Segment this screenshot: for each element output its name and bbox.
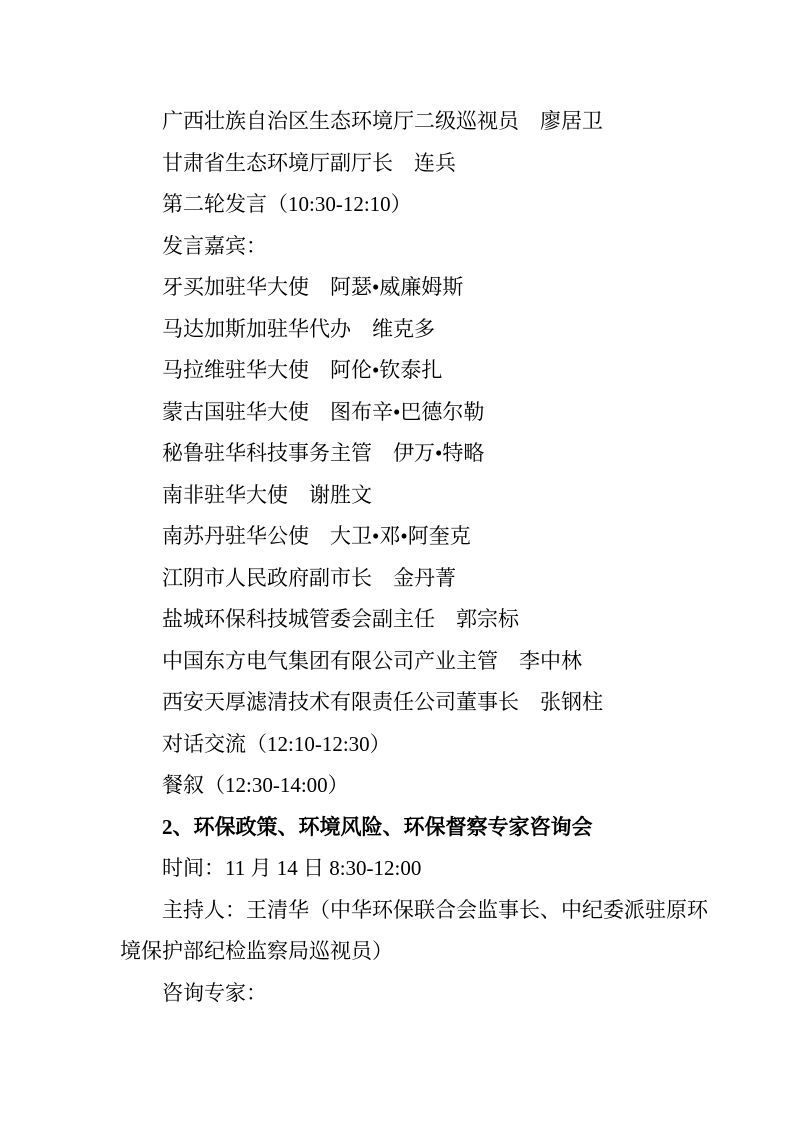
paragraph: 第二轮发言（10:30-12:10） xyxy=(120,184,712,226)
paragraph: 牙买加驻华大使 阿瑟•威廉姆斯 xyxy=(120,267,712,309)
paragraph: 南苏丹驻华公使 大卫•邓•阿奎克 xyxy=(120,516,712,558)
paragraph: 发言嘉宾： xyxy=(120,226,712,268)
paragraph: 对话交流（12:10-12:30） xyxy=(120,724,712,766)
paragraph: 中国东方电气集团有限公司产业主管 李中林 xyxy=(120,641,712,683)
paragraph: 咨询专家： xyxy=(120,973,712,1015)
paragraph: 蒙古国驻华大使 图布辛•巴德尔勒 xyxy=(120,392,712,434)
paragraph: 西安天厚滤清技术有限责任公司董事长 张钢柱 xyxy=(120,682,712,724)
paragraph: 马达加斯加驻华代办 维克多 xyxy=(120,309,712,351)
paragraph: 时间：11 月 14 日 8:30-12:00 xyxy=(120,848,712,890)
document-page: 广西壮族自治区生态环境厅二级巡视员 廖居卫甘肃省生态环境厅副厅长 连兵第二轮发言… xyxy=(0,0,794,1123)
paragraph: 江阴市人民政府副市长 金丹菁 xyxy=(120,558,712,600)
document-text-block: 广西壮族自治区生态环境厅二级巡视员 廖居卫甘肃省生态环境厅副厅长 连兵第二轮发言… xyxy=(120,101,712,1014)
paragraph: 广西壮族自治区生态环境厅二级巡视员 廖居卫 xyxy=(120,101,712,143)
paragraph: 餐叙（12:30-14:00） xyxy=(120,765,712,807)
paragraph: 南非驻华大使 谢胜文 xyxy=(120,475,712,517)
paragraph: 主持人：王清华（中华环保联合会监事长、中纪委派驻原环境保护部纪检监察局巡视员） xyxy=(120,890,712,973)
paragraph: 马拉维驻华大使 阿伦•钦泰扎 xyxy=(120,350,712,392)
section-heading: 2、环保政策、环境风险、环保督察专家咨询会 xyxy=(120,807,712,849)
paragraph: 甘肃省生态环境厅副厅长 连兵 xyxy=(120,143,712,185)
paragraph: 盐城环保科技城管委会副主任 郭宗标 xyxy=(120,599,712,641)
paragraph: 秘鲁驻华科技事务主管 伊万•特略 xyxy=(120,433,712,475)
